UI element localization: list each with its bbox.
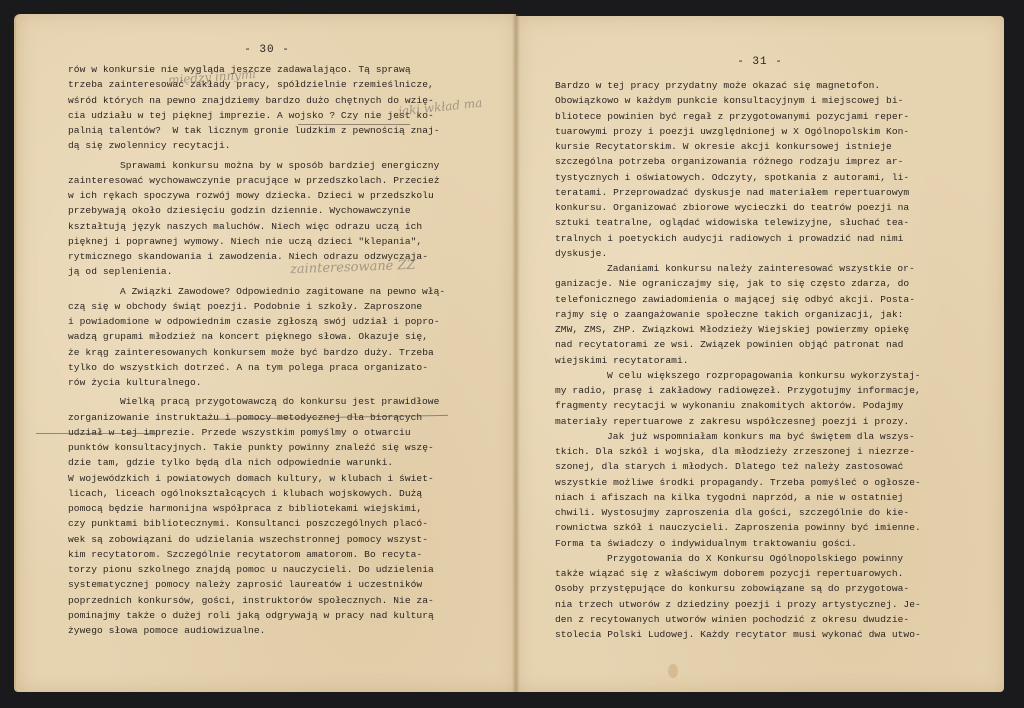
text-line: telefonicznego zawiadomienia o mającej s… — [555, 292, 921, 307]
text-line: punktów konsultacyjnych. Takie punkty po… — [68, 440, 445, 455]
text-line: czy punktami bibliotecznymi. Konsultanci… — [68, 516, 445, 531]
text-line: kształtują język naszych maluchów. Niech… — [68, 219, 445, 234]
text-line: dyskusje. — [555, 246, 921, 261]
text-line: nad recytatorami ze wsi. Związek powinie… — [555, 337, 921, 352]
text-line: w ich rękach spoczywa rozwój mowy dzieck… — [68, 188, 445, 203]
text-line: systematycznej pomocy należy zaprosić la… — [68, 577, 445, 592]
text-line: także wiązać się z właściwym doborem poz… — [555, 566, 921, 581]
text-line: Jak już wspomniałam konkurs ma być święt… — [555, 429, 921, 444]
text-line: Przygotowania do X Konkursu Ogólnopolski… — [555, 551, 921, 566]
text-line: że krąg zainteresowanych konkursem może … — [68, 345, 445, 360]
right-page: - 31 - Bardzo w tej pracy przydatny może… — [516, 16, 1004, 692]
text-line: A Związki Zawodowe? Odpowiednio zagitowa… — [68, 284, 445, 299]
text-line: poprzednich konkursów, gości, instruktor… — [68, 593, 445, 608]
page-body-text: rów w konkursie nie wygląda jeszcze zada… — [68, 62, 445, 638]
text-line: fragmenty recytacji w wykonaniu znakomit… — [555, 398, 921, 413]
text-line: rów życia kulturalnego. — [68, 375, 445, 390]
pencil-strikethrough — [36, 433, 156, 434]
text-line: bliotece powinien być regał z przygotowa… — [555, 109, 921, 124]
text-line: tuarowymi prozy i poezji uwzględnionej w… — [555, 124, 921, 139]
text-line: wśród których na pewno znajdziemy bardzo… — [68, 93, 445, 108]
text-line: konkursu. Organizować zbiorowe wycieczki… — [555, 200, 921, 215]
booklet-spread: - 30 - rów w konkursie nie wygląda jeszc… — [18, 14, 1006, 692]
page-number: - 31 - — [516, 56, 1004, 68]
text-line: wadzą grupami młodzież na koncert piękne… — [68, 329, 445, 344]
book-gutter — [512, 14, 520, 692]
text-line: wek są zobowiązani do udzielania wszechs… — [68, 532, 445, 547]
text-line: pomocą będzie harmonijna współpraca z bi… — [68, 501, 445, 516]
text-line: W wojewódzkich i powiatowych domach kult… — [68, 471, 445, 486]
text-line: rów w konkursie nie wygląda jeszcze zada… — [68, 62, 445, 77]
text-line: dzie tam, gdzie tylko będą dla nich odpo… — [68, 455, 445, 470]
text-line: tylko do wszystkich dotrzeć. A na tym po… — [68, 360, 445, 375]
text-line: zorganizowanie instruktażu i pomocy meto… — [68, 410, 445, 425]
text-line: wszystkie możliwe środki propagandy. Trz… — [555, 475, 921, 490]
text-line: torzy pionu szkolnego znajdą pomoc u nau… — [68, 562, 445, 577]
text-line: Forma ta świadczy o indywidualnym trakto… — [555, 536, 921, 551]
text-line: den z recytowanych utworów winien pochod… — [555, 612, 921, 627]
text-line: Osoby przystępujące do konkursu zobowiąz… — [555, 581, 921, 596]
text-line: i powiadomione w odpowiednim czasie zgło… — [68, 314, 445, 329]
text-line: my radio, prasę i zakładowy radiowęzeł. … — [555, 383, 921, 398]
text-line: kim recytatorom. Szczególnie recytatorom… — [68, 547, 445, 562]
text-line: tralnych i poetyckich audycji radiowych … — [555, 231, 921, 246]
text-line: szczególna potrzeba organizowania różneg… — [555, 154, 921, 169]
text-line: pięknej i poprawnej wymowy. Niech nie uc… — [68, 234, 445, 249]
text-line: Wielką pracą przygotowawczą do konkursu … — [68, 394, 445, 409]
text-line: zainteresować wychowawczynie pracujące w… — [68, 173, 445, 188]
text-line: pominajmy także o dużej roli jaką odgryw… — [68, 608, 445, 623]
page-body-text: Bardzo w tej pracy przydatny może okazać… — [555, 78, 921, 642]
text-line: nia trzech utworów z dziedziny poezji i … — [555, 597, 921, 612]
text-line: Sprawami konkursu można by w sposób bard… — [68, 158, 445, 173]
text-line: W celu większego rozpropagowania konkurs… — [555, 368, 921, 383]
text-line: niach i afiszach na kilka tygodni naprzó… — [555, 490, 921, 505]
text-line: materiały repertuarowe z zakresu współcz… — [555, 414, 921, 429]
text-line: Zadaniami konkursu należy zainteresować … — [555, 261, 921, 276]
text-line: Bardzo w tej pracy przydatny może okazać… — [555, 78, 921, 93]
text-line: ZMW, ZMS, ZHP. Związkowi Młodzieży Wiejs… — [555, 322, 921, 337]
text-line: tkich. Dla szkół i wojska, dla młodzieży… — [555, 444, 921, 459]
text-line: sztuki teatralne, oglądać widowiska tele… — [555, 215, 921, 230]
paper-stain — [668, 664, 678, 678]
text-line: Obowiązkowo w każdym punkcie konsultacyj… — [555, 93, 921, 108]
text-line: przebywają około dziesięciu godzin dzien… — [68, 203, 445, 218]
left-page: - 30 - rów w konkursie nie wygląda jeszc… — [18, 14, 516, 692]
text-line: żywego słowa pomoce audiowizualne. — [68, 623, 445, 638]
text-line: czą się w obchody świąt poezji. Podobnie… — [68, 299, 445, 314]
pencil-strikethrough — [298, 124, 410, 125]
text-line: chwili. Wystosujmy zaproszenia dla gości… — [555, 505, 921, 520]
text-line: rownictwa szkół i nauczycieli. Zaproszen… — [555, 520, 921, 535]
text-line: palnią talentów? W tak licznym gronie lu… — [68, 123, 445, 138]
text-line: ganizacje. Nie ograniczajmy się, jak to … — [555, 276, 921, 291]
text-line: kursie Recytatorskim. W okresie akcji ko… — [555, 139, 921, 154]
text-line: trzeba zainteresować zakłady pracy, spół… — [68, 77, 445, 92]
text-line: wiejskimi recytatorami. — [555, 353, 921, 368]
text-line: dą się zwolennicy recytacji. — [68, 138, 445, 153]
text-line: licach, liceach ogólnokształcących i klu… — [68, 486, 445, 501]
page-number: - 30 - — [18, 44, 516, 56]
text-line: rajmy się o zaangażowanie społeczne taki… — [555, 307, 921, 322]
text-line: cia udziału w tej pięknej imprezie. A wo… — [68, 108, 445, 123]
text-line: teratami. Przeprowadzać dyskusje nad mat… — [555, 185, 921, 200]
text-line: szonej, dla starych i młodych. Dlatego t… — [555, 459, 921, 474]
text-line: stolecia Polski Ludowej. Każdy recytator… — [555, 627, 921, 642]
text-line: tystycznych i oświatowych. Odczyty, spot… — [555, 170, 921, 185]
